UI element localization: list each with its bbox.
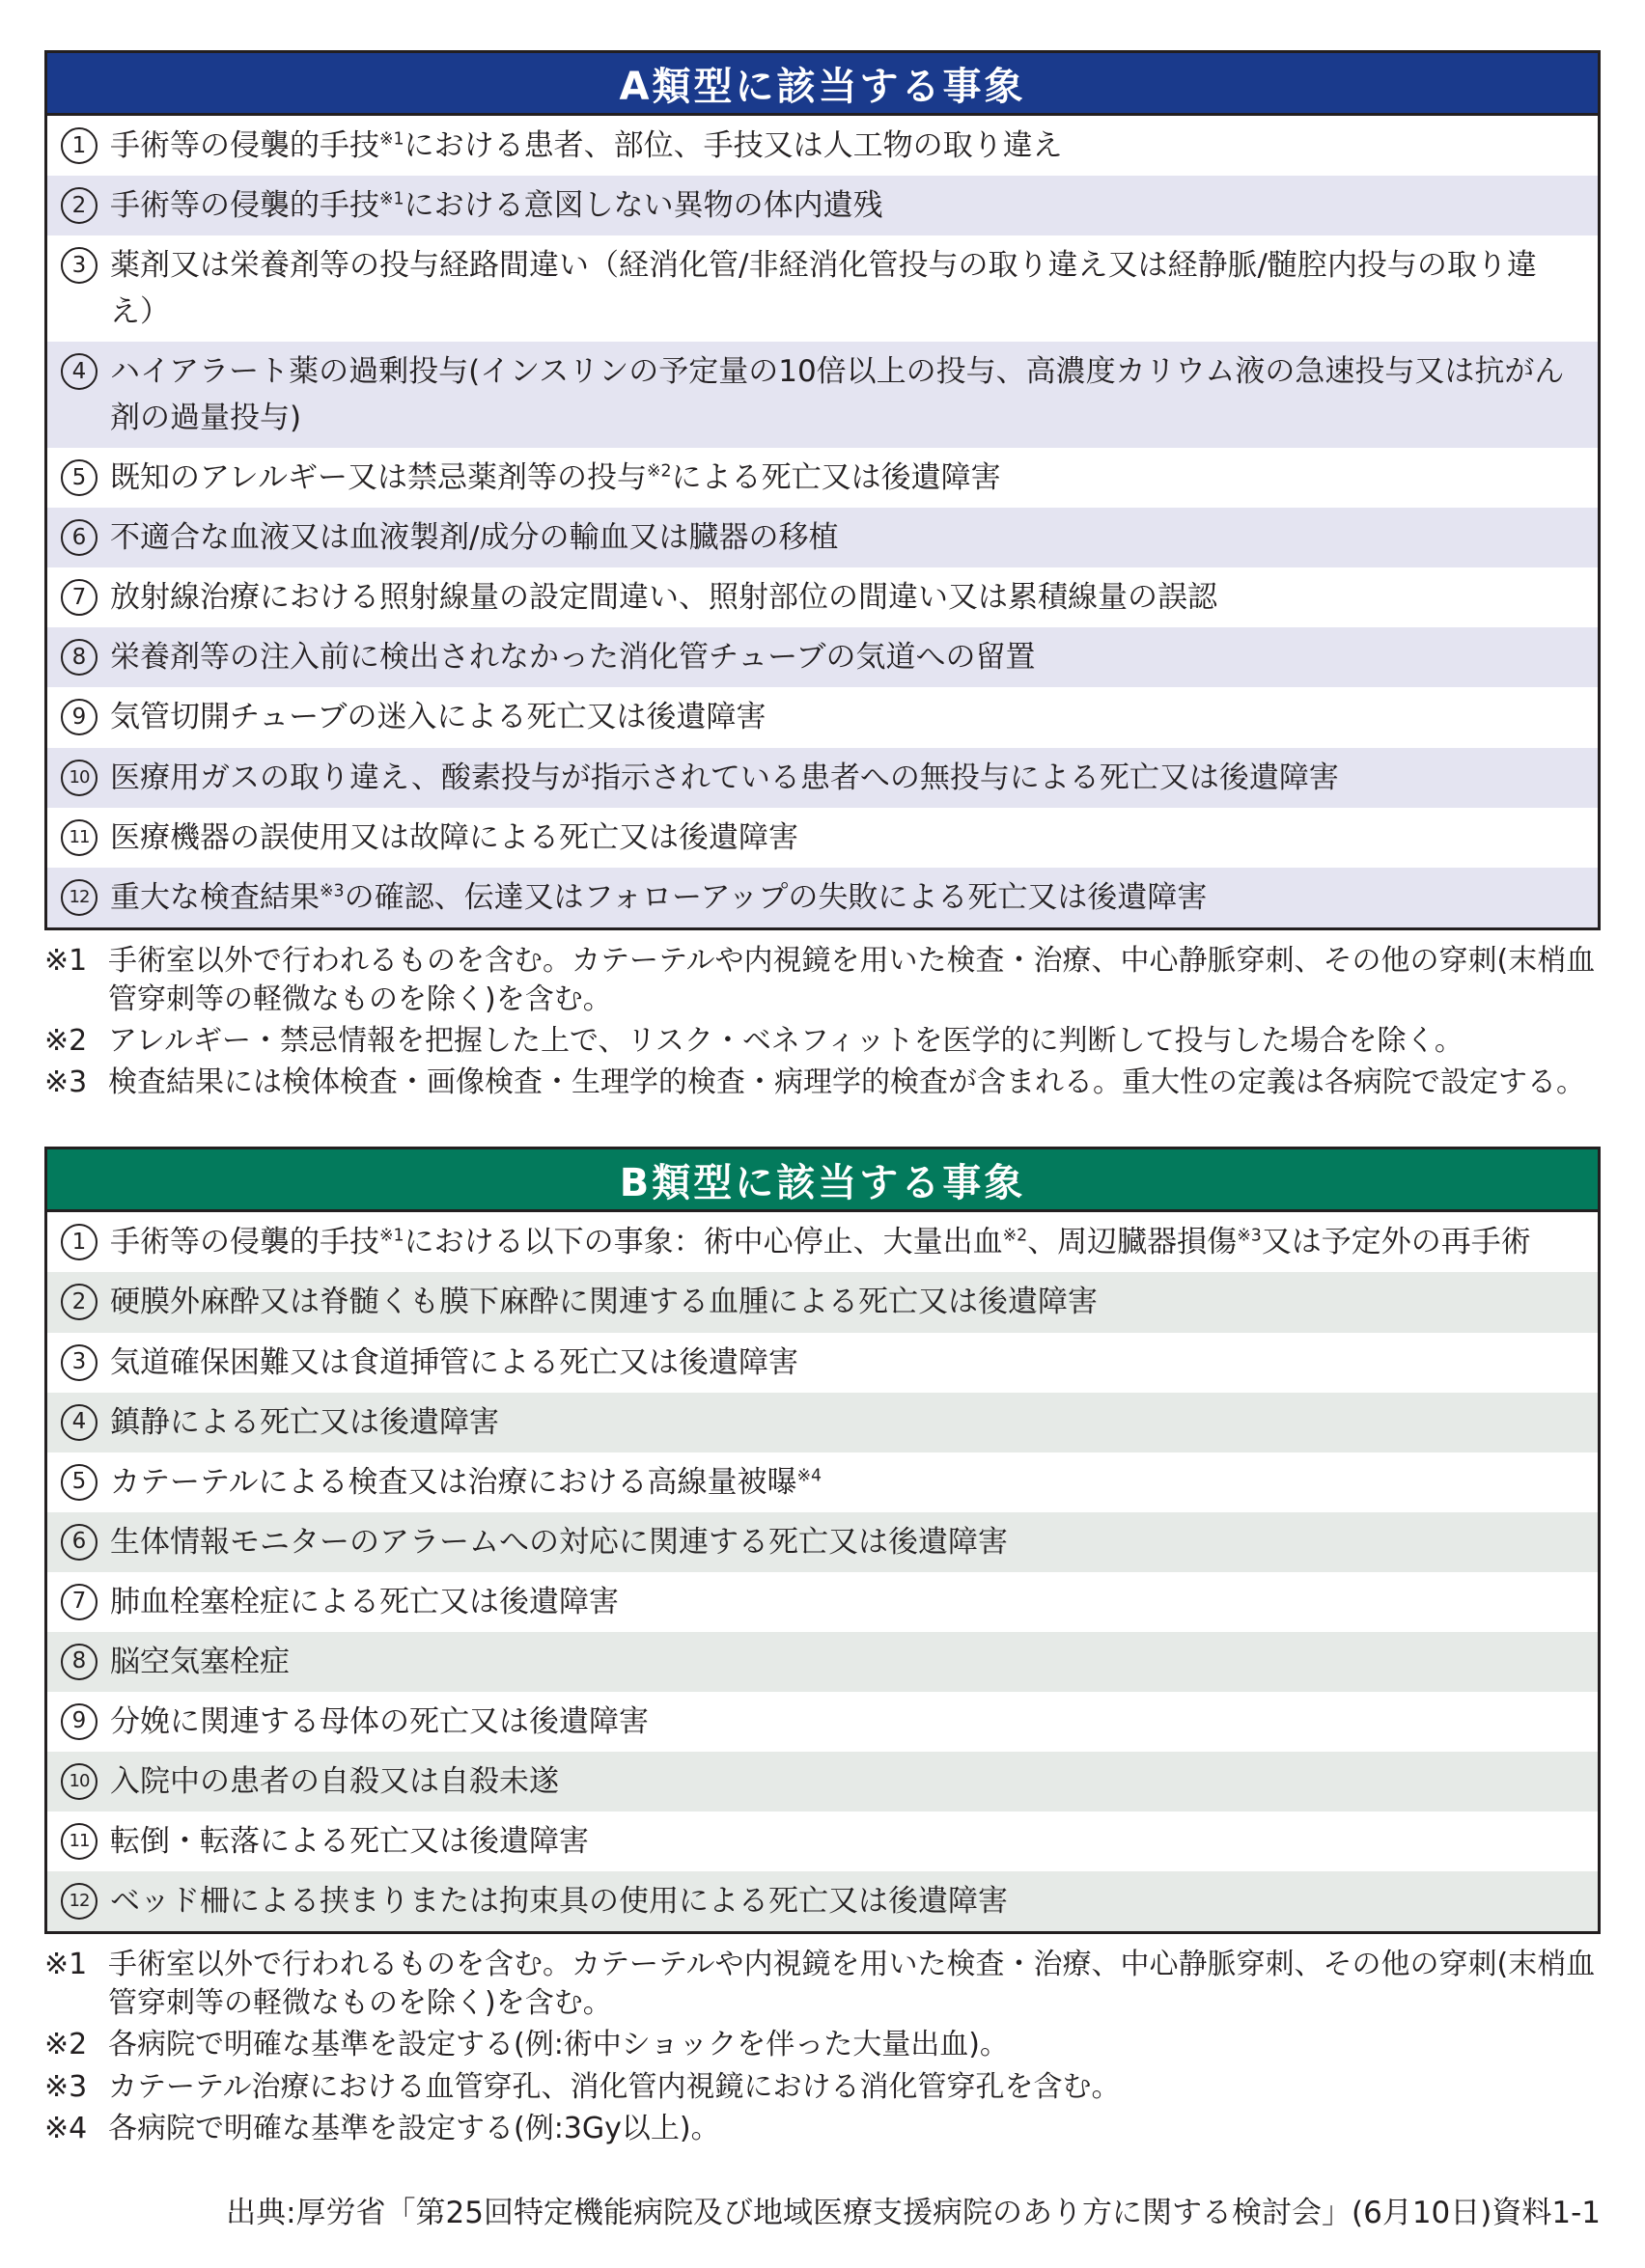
item-number: 7 <box>61 579 98 616</box>
footnote-reference: ※1 <box>379 130 404 150</box>
item-number: 2 <box>61 187 98 224</box>
item-number: 9 <box>61 1703 98 1740</box>
footnote-text: 検査結果には検体検査・画像検査・生理学的検査・病理学的検査が含まれる。重大性の定… <box>108 1065 1585 1099</box>
item-number: 4 <box>61 353 98 390</box>
table-row: 9分娩に関連する母体の死亡又は後遺障害 <box>47 1692 1598 1752</box>
table-row: 4鎮静による死亡又は後遺障害 <box>47 1393 1598 1452</box>
item-text: 栄養剤等の注入前に検出されなかった消化管チューブの気道への留置 <box>110 634 1578 680</box>
item-text: 転倒・転落による死亡又は後遺障害 <box>110 1818 1578 1865</box>
footnote-reference: ※3 <box>320 881 345 900</box>
item-number: 3 <box>61 1344 98 1381</box>
footnote-marker: ※1 <box>44 1946 87 1984</box>
footnote-text: アレルギー・禁忌情報を把握した上で、リスク・ベネフィットを医学的に判断して投与し… <box>108 1024 1464 1058</box>
table-row: 12重大な検査結果※3の確認、伝達又はフォローアップの失敗による死亡又は後遺障害 <box>47 868 1598 927</box>
item-text: 脳空気塞栓症 <box>110 1639 1578 1685</box>
table-row: 2硬膜外麻酔又は脊髄くも膜下麻酔に関連する血腫による死亡又は後遺障害 <box>47 1272 1598 1332</box>
table-row: 10医療用ガスの取り違え、酸素投与が指示されている患者への無投与による死亡又は後… <box>47 748 1598 808</box>
item-text: 鎮静による死亡又は後遺障害 <box>110 1399 1578 1446</box>
item-text: 気道確保困難又は食道挿管による死亡又は後遺障害 <box>110 1340 1578 1386</box>
item-number: 1 <box>61 127 98 164</box>
table-row: 3気道確保困難又は食道挿管による死亡又は後遺障害 <box>47 1333 1598 1393</box>
footnote: ※3カテーテル治療における血管穿孔、消化管内視鏡における消化管穿孔を含む。 <box>44 2068 1601 2107</box>
footnote: ※4各病院で明確な基準を設定する(例:3Gy以上)。 <box>44 2110 1601 2148</box>
footnote-marker: ※1 <box>44 942 87 981</box>
item-text: 硬膜外麻酔又は脊髄くも膜下麻酔に関連する血腫による死亡又は後遺障害 <box>110 1279 1578 1325</box>
footnote-text: カテーテル治療における血管穿孔、消化管内視鏡における消化管穿孔を含む。 <box>108 2070 1121 2104</box>
item-text: 気管切開チューブの迷入による死亡又は後遺障害 <box>110 694 1578 740</box>
item-number: 8 <box>61 1644 98 1680</box>
item-text: 入院中の患者の自殺又は自殺未遂 <box>110 1758 1578 1805</box>
type-a-table-header: A類型に該当する事象 <box>47 53 1598 116</box>
footnote-marker: ※4 <box>44 2110 87 2148</box>
footnote-reference: ※1 <box>379 1227 404 1246</box>
item-number: 12 <box>61 1883 98 1920</box>
type-b-table-header: B類型に該当する事象 <box>47 1149 1598 1212</box>
document: A類型に該当する事象 1手術等の侵襲的手技※1における患者、部位、手技又は人工物… <box>0 0 1645 2234</box>
item-text: 不適合な血液又は血液製剤/成分の輸血又は臓器の移植 <box>110 514 1578 561</box>
type-a-footnotes: ※1手術室以外で行われるものを含む。カテーテルや内視鏡を用いた検査・治療、中心静… <box>44 942 1601 1103</box>
table-row: 8栄養剤等の注入前に検出されなかった消化管チューブの気道への留置 <box>47 627 1598 687</box>
item-text: 分娩に関連する母体の死亡又は後遺障害 <box>110 1699 1578 1745</box>
footnote-marker: ※3 <box>44 2068 87 2107</box>
table-row: 1手術等の侵襲的手技※1における患者、部位、手技又は人工物の取り違え <box>47 116 1598 176</box>
item-number: 11 <box>61 1823 98 1860</box>
footnote-text: 各病院で明確な基準を設定する(例:術中ショックを伴った大量出血)。 <box>108 2028 1009 2061</box>
footnote: ※2アレルギー・禁忌情報を把握した上で、リスク・ベネフィットを医学的に判断して投… <box>44 1022 1601 1061</box>
footnote-reference: ※4 <box>796 1466 822 1485</box>
item-number: 10 <box>61 1763 98 1800</box>
footnote-text: 各病院で明確な基準を設定する(例:3Gy以上)。 <box>108 2112 720 2145</box>
table-row: 7放射線治療における照射線量の設定間違い、照射部位の間違い又は累積線量の誤認 <box>47 567 1598 627</box>
footnote-reference: ※3 <box>1237 1227 1262 1246</box>
item-text: 既知のアレルギー又は禁忌薬剤等の投与※2による死亡又は後遺障害 <box>110 455 1578 501</box>
item-number: 12 <box>61 879 98 916</box>
table-row: 4ハイアラート薬の過剰投与(インスリンの予定量の10倍以上の投与、高濃度カリウム… <box>47 342 1598 448</box>
table-row: 9気管切開チューブの迷入による死亡又は後遺障害 <box>47 687 1598 747</box>
item-text: 肺血栓塞栓症による死亡又は後遺障害 <box>110 1579 1578 1625</box>
item-number: 7 <box>61 1584 98 1620</box>
table-row: 12ベッド柵による挟まりまたは拘束具の使用による死亡又は後遺障害 <box>47 1871 1598 1931</box>
type-a-table-title: A類型に該当する事象 <box>620 56 1026 111</box>
footnote: ※1手術室以外で行われるものを含む。カテーテルや内視鏡を用いた検査・治療、中心静… <box>44 942 1601 1019</box>
item-number: 5 <box>61 459 98 496</box>
item-text: 生体情報モニターのアラームへの対応に関連する死亡又は後遺障害 <box>110 1519 1578 1565</box>
table-row: 5カテーテルによる検査又は治療における高線量被曝※4 <box>47 1452 1598 1512</box>
item-number: 11 <box>61 819 98 856</box>
item-number: 4 <box>61 1404 98 1441</box>
type-a-table: A類型に該当する事象 1手術等の侵襲的手技※1における患者、部位、手技又は人工物… <box>44 50 1601 930</box>
footnote-marker: ※2 <box>44 1022 87 1061</box>
footnote-marker: ※3 <box>44 1064 87 1102</box>
item-text: 重大な検査結果※3の確認、伝達又はフォローアップの失敗による死亡又は後遺障害 <box>110 874 1578 921</box>
table-row: 1手術等の侵襲的手技※1における以下の事象：術中心停止、大量出血※2、周辺臓器損… <box>47 1212 1598 1272</box>
table-row: 2手術等の侵襲的手技※1における意図しない異物の体内遺残 <box>47 176 1598 235</box>
table-row: 6不適合な血液又は血液製剤/成分の輸血又は臓器の移植 <box>47 508 1598 567</box>
type-a-table-rows: 1手術等の侵襲的手技※1における患者、部位、手技又は人工物の取り違え2手術等の侵… <box>47 116 1598 927</box>
footnote: ※2各病院で明確な基準を設定する(例:術中ショックを伴った大量出血)。 <box>44 2026 1601 2064</box>
table-row: 6生体情報モニターのアラームへの対応に関連する死亡又は後遺障害 <box>47 1512 1598 1572</box>
item-number: 5 <box>61 1464 98 1501</box>
footnote-marker: ※2 <box>44 2026 87 2064</box>
table-row: 10入院中の患者の自殺又は自殺未遂 <box>47 1752 1598 1812</box>
item-number: 6 <box>61 519 98 556</box>
footnote: ※3検査結果には検体検査・画像検査・生理学的検査・病理学的検査が含まれる。重大性… <box>44 1064 1601 1102</box>
table-row: 5既知のアレルギー又は禁忌薬剤等の投与※2による死亡又は後遺障害 <box>47 448 1598 508</box>
table-row: 11医療機器の誤使用又は故障による死亡又は後遺障害 <box>47 808 1598 868</box>
item-number: 3 <box>61 247 98 284</box>
footnote-reference: ※2 <box>647 462 672 482</box>
footnote-reference: ※2 <box>1003 1227 1028 1246</box>
item-text: 手術等の侵襲的手技※1における患者、部位、手技又は人工物の取り違え <box>110 123 1578 169</box>
type-b-table-rows: 1手術等の侵襲的手技※1における以下の事象：術中心停止、大量出血※2、周辺臓器損… <box>47 1212 1598 1931</box>
item-number: 10 <box>61 760 98 796</box>
source-citation: 出典:厚労省「第25回特定機能病院及び地域医療支援病院のあり方に関する検討会」(… <box>44 2193 1601 2234</box>
item-text: カテーテルによる検査又は治療における高線量被曝※4 <box>110 1459 1578 1506</box>
page: { "document": { "source": "出典:厚労省「第25回特定… <box>0 0 1645 2268</box>
item-text: 手術等の侵襲的手技※1における意図しない異物の体内遺残 <box>110 182 1578 229</box>
table-row: 7肺血栓塞栓症による死亡又は後遺障害 <box>47 1572 1598 1632</box>
type-b-table: B類型に該当する事象 1手術等の侵襲的手技※1における以下の事象：術中心停止、大… <box>44 1147 1601 1934</box>
item-number: 2 <box>61 1284 98 1320</box>
item-text: 医療用ガスの取り違え、酸素投与が指示されている患者への無投与による死亡又は後遺障… <box>110 755 1578 801</box>
item-text: 薬剤又は栄養剤等の投与経路間違い（経消化管/非経消化管投与の取り違え又は経静脈/… <box>110 242 1578 335</box>
footnote-reference: ※1 <box>379 190 404 209</box>
footnote: ※1手術室以外で行われるものを含む。カテーテルや内視鏡を用いた検査・治療、中心静… <box>44 1946 1601 2023</box>
footnote-text: 手術室以外で行われるものを含む。カテーテルや内視鏡を用いた検査・治療、中心静脈穿… <box>108 1948 1595 2020</box>
item-text: ハイアラート薬の過剰投与(インスリンの予定量の10倍以上の投与、高濃度カリウム液… <box>110 348 1578 441</box>
item-text: 手術等の侵襲的手技※1における以下の事象：術中心停止、大量出血※2、周辺臓器損傷… <box>110 1219 1578 1265</box>
item-text: ベッド柵による挟まりまたは拘束具の使用による死亡又は後遺障害 <box>110 1878 1578 1924</box>
footnote-text: 手術室以外で行われるものを含む。カテーテルや内視鏡を用いた検査・治療、中心静脈穿… <box>108 944 1595 1016</box>
item-number: 6 <box>61 1524 98 1561</box>
table-row: 3薬剤又は栄養剤等の投与経路間違い（経消化管/非経消化管投与の取り違え又は経静脈… <box>47 235 1598 342</box>
item-text: 放射線治療における照射線量の設定間違い、照射部位の間違い又は累積線量の誤認 <box>110 574 1578 621</box>
item-number: 8 <box>61 639 98 676</box>
table-row: 8脳空気塞栓症 <box>47 1632 1598 1692</box>
type-b-footnotes: ※1手術室以外で行われるものを含む。カテーテルや内視鏡を用いた検査・治療、中心静… <box>44 1946 1601 2148</box>
type-b-table-title: B類型に該当する事象 <box>620 1152 1026 1207</box>
table-row: 11転倒・転落による死亡又は後遺障害 <box>47 1812 1598 1871</box>
item-number: 9 <box>61 699 98 735</box>
item-text: 医療機器の誤使用又は故障による死亡又は後遺障害 <box>110 815 1578 861</box>
item-number: 1 <box>61 1224 98 1260</box>
